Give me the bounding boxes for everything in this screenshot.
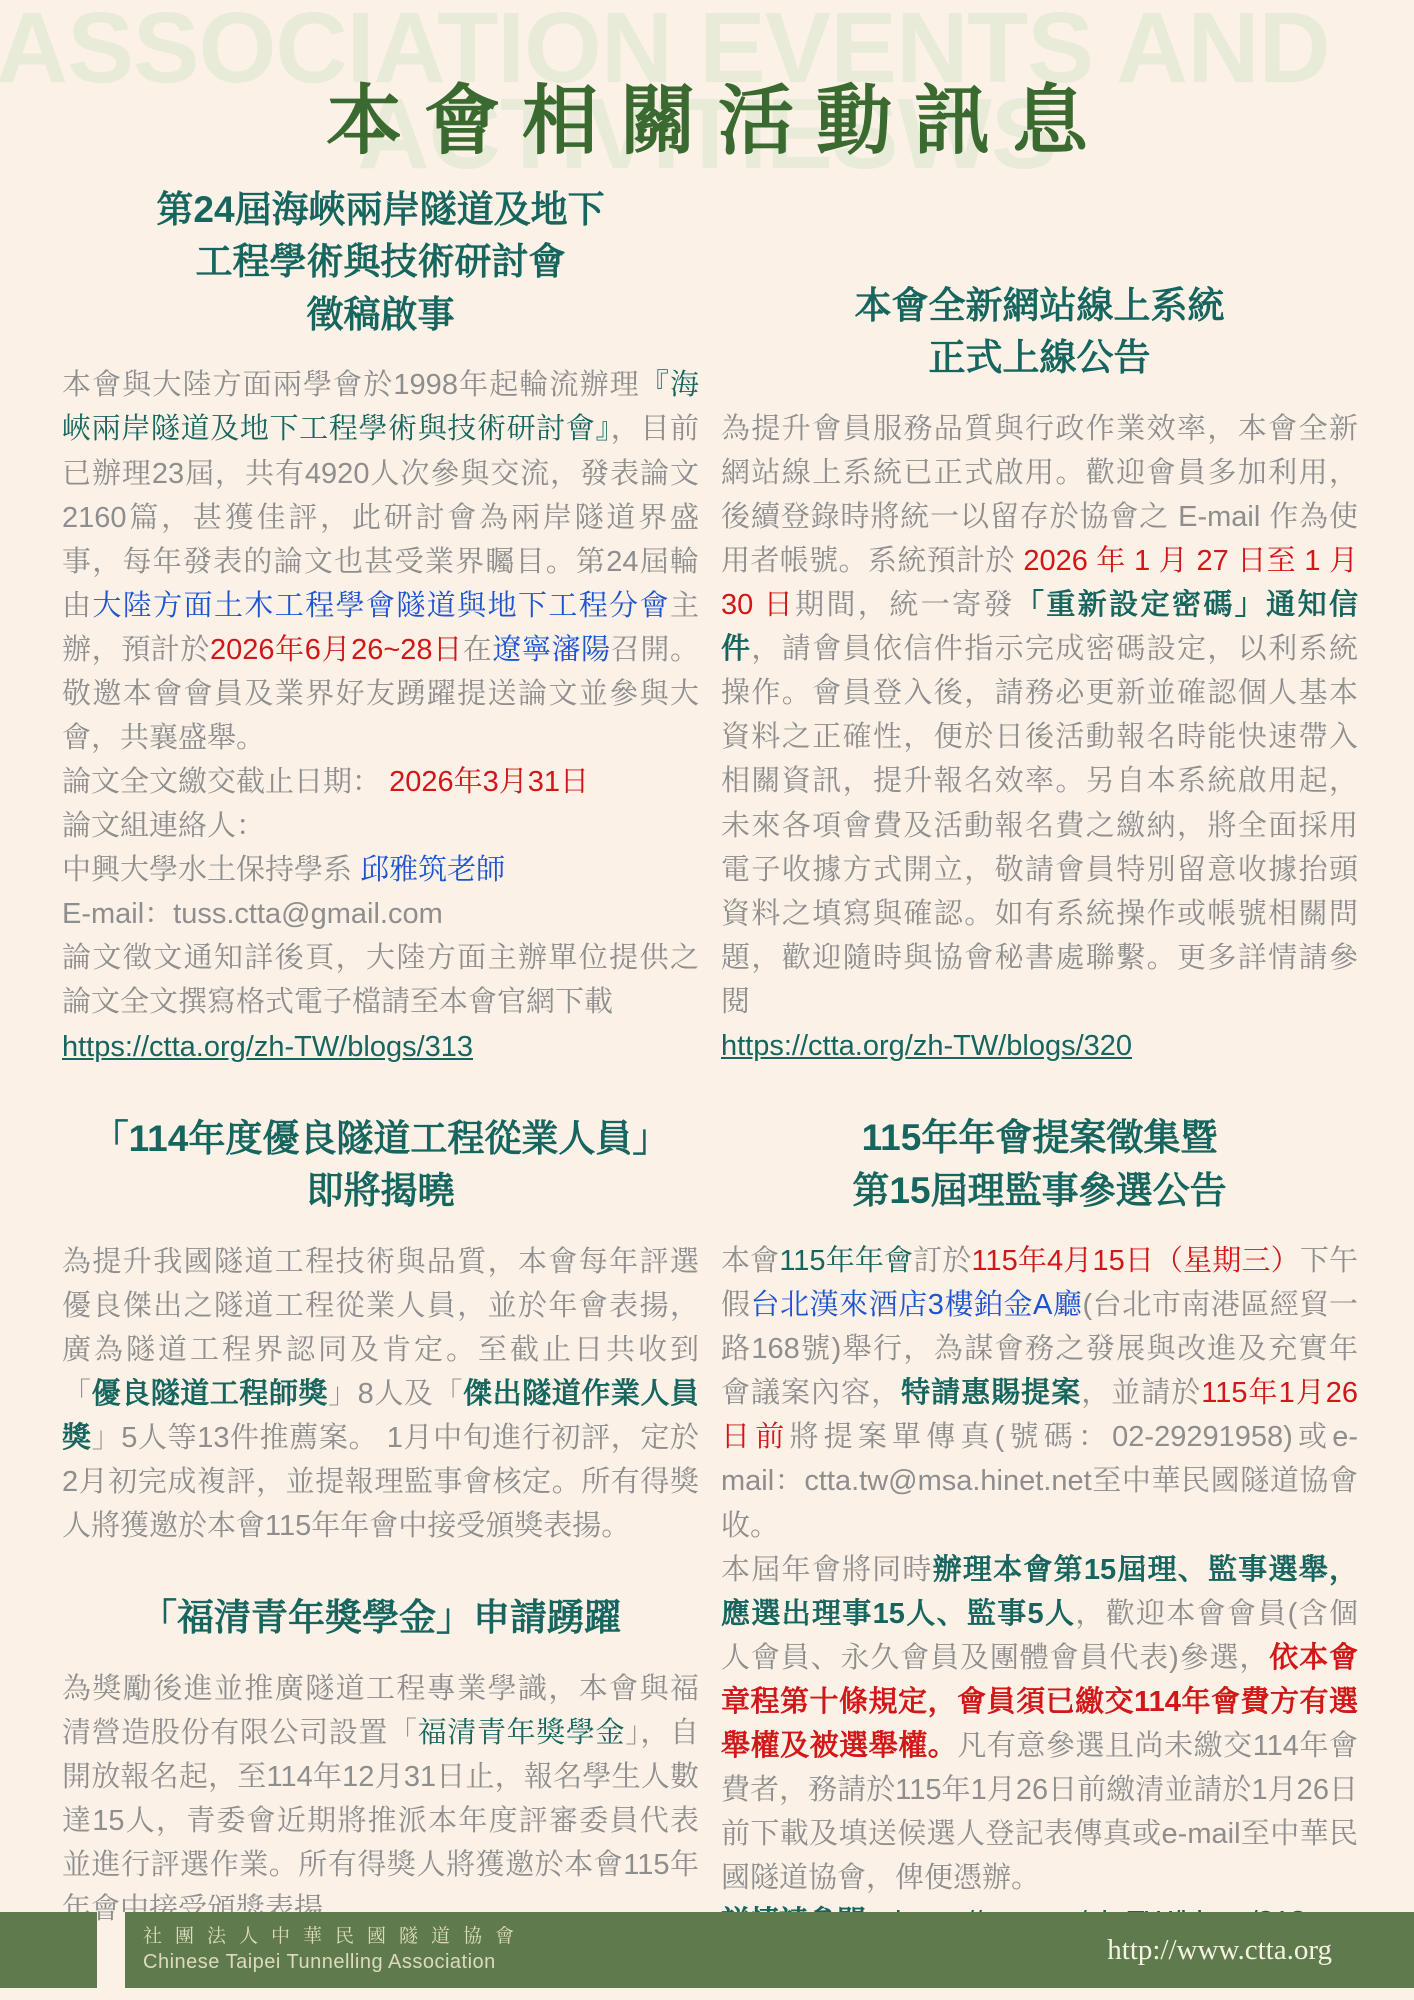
article-link[interactable]: https://ctta.org/zh-TW/blogs/320 xyxy=(721,1030,1132,1062)
article-cross-strait-seminar-call-for-papers-paragraph: 論文徵文通知詳後頁，大陸方面主辦單位提供之論文全文撰寫格式電子檔請至本會官網下載 xyxy=(62,936,699,1024)
text-segment: 中興大學水土保持學系 xyxy=(62,854,360,886)
article-cross-strait-seminar-call-for-papers-paragraph: https://ctta.org/zh-TW/blogs/313 xyxy=(62,1025,699,1069)
footer-org-name-en: Chinese Taipei Tunnelling Association xyxy=(143,1950,527,1975)
text-segment: 在 xyxy=(463,634,493,666)
article-fuqing-youth-scholarship: 「福清青年獎學金」申請踴躍為獎勵後進並推廣隧道工程專業學識，本會與福清營造股份有… xyxy=(62,1592,699,1931)
article-new-website-online-system-launch-paragraph: https://ctta.org/zh-TW/blogs/320 xyxy=(721,1024,1358,1068)
right-column: 本會全新網站線上系統正式上線公告為提升會員服務品質與行政作業效率，本會全新網站線… xyxy=(721,170,1358,1945)
footer-left-block xyxy=(0,1912,97,1988)
text-segment: 論文組連絡人： xyxy=(62,810,265,842)
footer-gap xyxy=(97,1912,125,1988)
article-cross-strait-seminar-call-for-papers-paragraph: E-mail：tuss.ctta@gmail.com xyxy=(62,892,699,936)
footer-org-name-zh: 社團法人中華民國隧道協會 xyxy=(143,1925,527,1950)
text-segment: 將提案單傳真(號碼：02-29291958)或e-mail：ctta.tw@ms… xyxy=(721,1421,1358,1541)
footer-bar: 社團法人中華民國隧道協會 Chinese Taipei Tunnelling A… xyxy=(125,1912,1414,1988)
text-segment: 本屆年會將同時 xyxy=(721,1554,933,1586)
text-segment: 優良隧道工程師獎 xyxy=(92,1378,329,1410)
article-new-website-online-system-launch: 本會全新網站線上系統正式上線公告為提升會員服務品質與行政作業效率，本會全新網站線… xyxy=(721,280,1358,1068)
text-segment: 台北漢來酒店3樓鉑金A廳 xyxy=(751,1289,1083,1321)
text-segment: 本會與大陸方面兩學會於1998年起輪流辦理 xyxy=(62,369,640,401)
articles-columns: 第24屆海峽兩岸隧道及地下工程學術與技術研討會徵稿啟事本會與大陸方面兩學會於19… xyxy=(0,162,1414,1945)
article-115-annual-meeting-proposals-and-director-election-paragraph: 本屆年會將同時辦理本會第15屆理、監事選舉，應選出理事15人、監事5人，歡迎本會… xyxy=(721,1548,1358,1901)
article-cross-strait-seminar-call-for-papers-heading: 第24屆海峽兩岸隧道及地下工程學術與技術研討會徵稿啟事 xyxy=(62,184,699,342)
footer-website-url: http://www.ctta.org xyxy=(1107,1934,1414,1967)
text-segment: 」5人等13件推薦案。 1月中旬進行初評，定於2月初完成複評，並提報理監事會核定… xyxy=(62,1422,699,1542)
article-cross-strait-seminar-call-for-papers-paragraph: 論文組連絡人： xyxy=(62,804,699,848)
page-title: 本會相關活動訊息 xyxy=(0,82,1414,162)
footer: 社團法人中華民國隧道協會 Chinese Taipei Tunnelling A… xyxy=(0,1912,1414,1988)
text-segment: 期間，統一寄發 xyxy=(795,589,1015,621)
article-115-annual-meeting-proposals-and-director-election: 115年年會提案徵集暨第15屆理監事參選公告本會115年年會訂於115年4月15… xyxy=(721,1112,1358,1944)
text-segment: 大陸方面土木工程學會隧道與地下工程分會 xyxy=(92,590,670,622)
article-new-website-online-system-launch-paragraph: 為提升會員服務品質與行政作業效率，本會全新網站線上系統已正式啟用。歡迎會員多加利… xyxy=(721,407,1358,1024)
text-segment: ，請會員依信件指示完成密碼設定，以利系統操作。會員登入後，請務必更新並確認個人基… xyxy=(721,633,1358,1018)
article-cross-strait-seminar-call-for-papers-paragraph: 中興大學水土保持學系 邱雅筑老師 xyxy=(62,848,699,892)
article-115-annual-meeting-proposals-and-director-election-paragraph: 本會115年年會訂於115年4月15日（星期三）下午假台北漢來酒店3樓鉑金A廳(… xyxy=(721,1239,1358,1548)
article-outstanding-tunnel-workers-award-heading: 「114年度優良隧道工程從業人員」即將揭曉 xyxy=(62,1113,699,1218)
article-cross-strait-seminar-call-for-papers: 第24屆海峽兩岸隧道及地下工程學術與技術研討會徵稿啟事本會與大陸方面兩學會於19… xyxy=(62,184,699,1069)
text-segment: 遼寧瀋陽 xyxy=(492,634,610,666)
newsletter-page: ASSOCIATION EVENTS AND ACTIVITIESWS 本會相關… xyxy=(0,0,1414,2000)
footer-organization: 社團法人中華民國隧道協會 Chinese Taipei Tunnelling A… xyxy=(125,1925,527,1975)
text-segment: 115年4月15日（星期三） xyxy=(971,1245,1299,1277)
article-cross-strait-seminar-call-for-papers-paragraph: 論文全文繳交截止日期： 2026年3月31日 xyxy=(62,760,699,804)
text-segment: 福清青年獎學金 xyxy=(418,1717,626,1749)
article-outstanding-tunnel-workers-award-paragraph: 為提升我國隧道工程技術與品質，本會每年評選優良傑出之隧道工程從業人員，並於年會表… xyxy=(62,1240,699,1549)
text-segment: 」8人及「 xyxy=(328,1378,463,1410)
article-115-annual-meeting-proposals-and-director-election-heading: 115年年會提案徵集暨第15屆理監事參選公告 xyxy=(721,1112,1358,1217)
article-fuqing-youth-scholarship-heading: 「福清青年獎學金」申請踴躍 xyxy=(62,1592,699,1645)
article-fuqing-youth-scholarship-paragraph: 為獎勵後進並推廣隧道工程專業學識，本會與福清營造股份有限公司設置「福清青年獎學金… xyxy=(62,1667,699,1931)
text-segment: E-mail：tuss.ctta@gmail.com xyxy=(62,898,443,930)
text-segment: 訂於 xyxy=(913,1245,971,1277)
article-link[interactable]: https://ctta.org/zh-TW/blogs/313 xyxy=(62,1031,473,1063)
text-segment: 本會 xyxy=(721,1245,779,1277)
text-segment: 特請惠賜提案 xyxy=(901,1377,1081,1409)
text-segment: 2026年6月26~28日 xyxy=(210,634,463,666)
article-cross-strait-seminar-call-for-papers-paragraph: 本會與大陸方面兩學會於1998年起輪流辦理『海峽兩岸隧道及地下工程學術與技術研討… xyxy=(62,363,699,760)
text-segment: ，並請於 xyxy=(1081,1377,1201,1409)
left-column: 第24屆海峽兩岸隧道及地下工程學術與技術研討會徵稿啟事本會與大陸方面兩學會於19… xyxy=(62,170,699,1945)
text-segment: 邱雅筑老師 xyxy=(360,854,505,886)
article-outstanding-tunnel-workers-award: 「114年度優良隧道工程從業人員」即將揭曉為提升我國隧道工程技術與品質，本會每年… xyxy=(62,1113,699,1549)
text-segment: 論文全文繳交截止日期： xyxy=(62,766,389,798)
text-segment: 115年年會 xyxy=(779,1245,913,1277)
article-new-website-online-system-launch-heading: 本會全新網站線上系統正式上線公告 xyxy=(721,280,1358,385)
text-segment: 2026年3月31日 xyxy=(389,766,589,798)
text-segment: 論文徵文通知詳後頁，大陸方面主辦單位提供之論文全文撰寫格式電子檔請至本會官網下載 xyxy=(62,942,699,1018)
